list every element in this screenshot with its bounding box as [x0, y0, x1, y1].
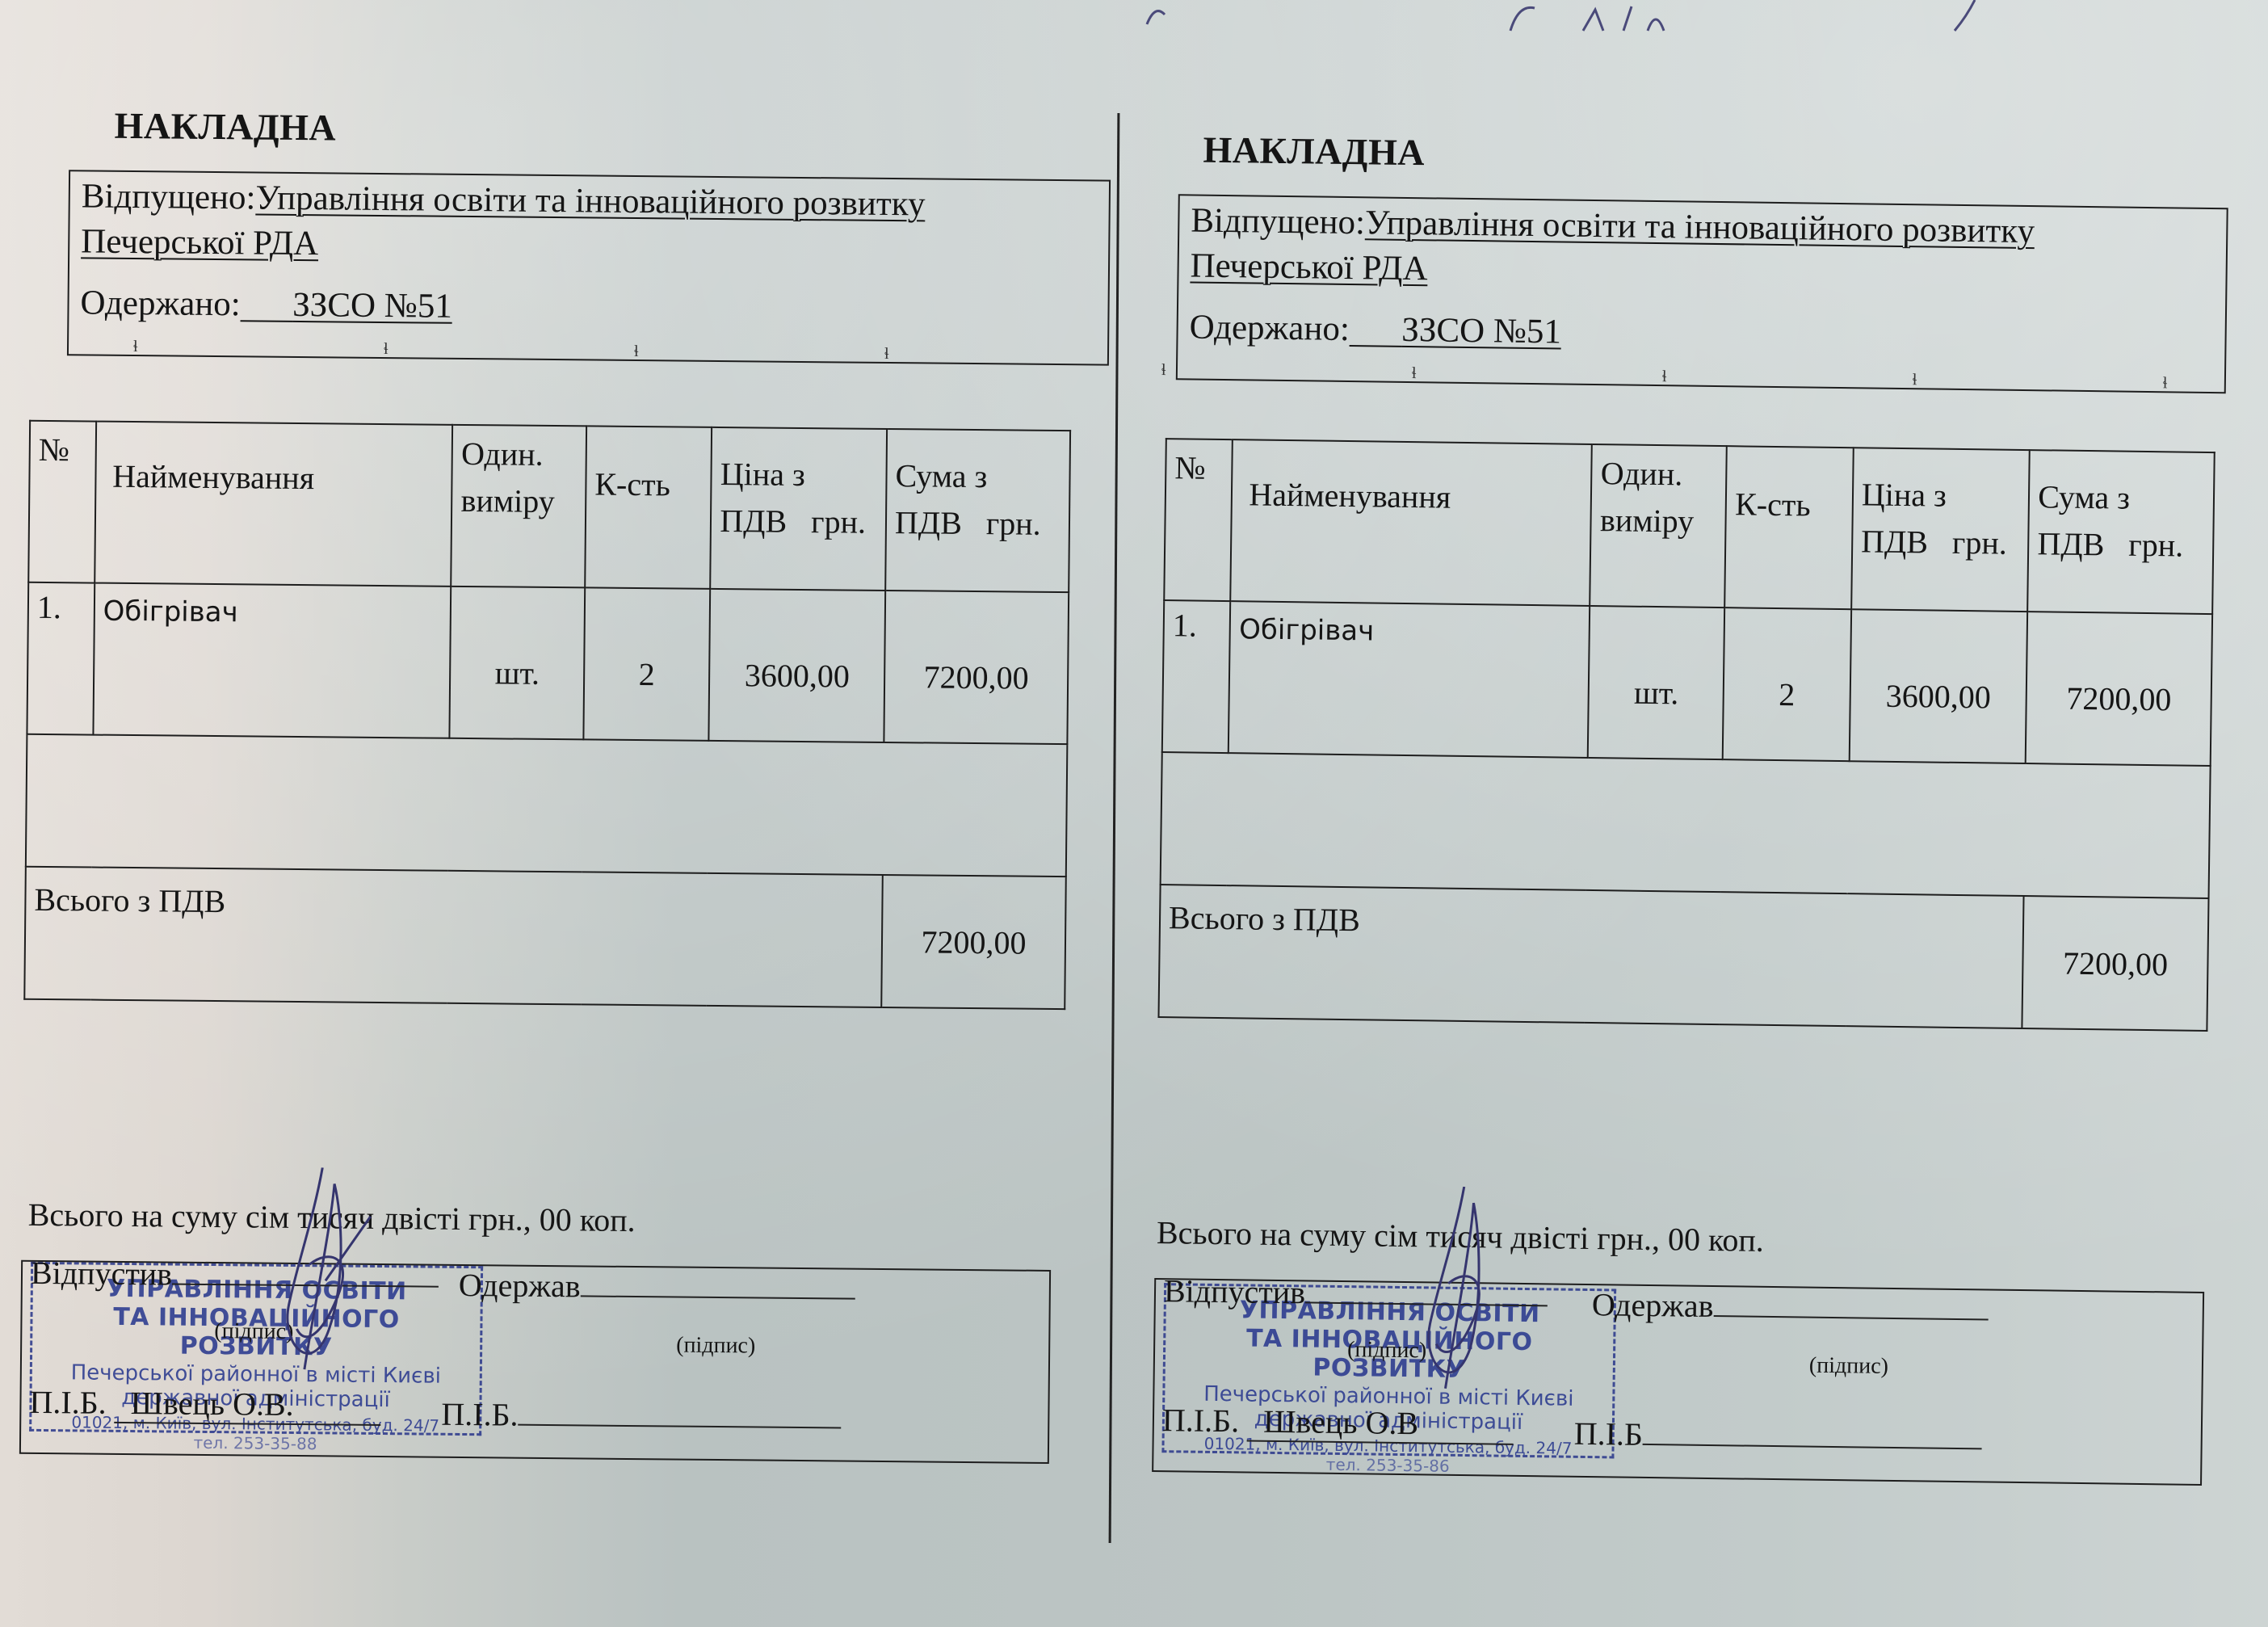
released-by-line: Відпущено:Управління освіти та інновацій…: [1191, 200, 2035, 251]
perforation-ticks: ɬɬɬɬ: [69, 341, 1107, 367]
released-label: Відпущено:: [82, 177, 256, 217]
signatures-box: УПРАВЛІННЯ ОСВІТИ ТА ІННОВАЦІЙНОГО РОЗВИ…: [19, 1260, 1051, 1464]
table-header-row: № Найменування Один.виміру К-сть Ціна зП…: [1164, 439, 2215, 614]
row-name: Обігрівач: [93, 583, 451, 738]
copy-divider-line: [1109, 113, 1120, 1543]
released-by-value-cont: Печерської РДА: [1190, 246, 1428, 288]
released-by-value-cont: Печерської РДА: [81, 222, 318, 263]
received-label: Одержано:: [1189, 308, 1350, 348]
received-by-value: ЗЗСО №51: [1350, 310, 1562, 351]
row-price: 3600,00: [709, 589, 885, 742]
row-sum: 7200,00: [884, 591, 1069, 744]
received-by-value: ЗЗСО №51: [241, 285, 453, 326]
total-label: Всього з ПДВ: [1158, 885, 2023, 1028]
col-header-price: Ціна зПДВ грн.: [711, 427, 888, 591]
table-row: 1. Обігрівач шт. 2 3600,00 7200,00: [1162, 600, 2212, 766]
parties-box: Відпущено:Управління освіти та інновацій…: [1176, 194, 2228, 393]
released-label: Відпущено:: [1191, 201, 1365, 242]
signature-caption-received: (підпис): [676, 1333, 755, 1360]
handwritten-signature: [1396, 1186, 1513, 1446]
row-name: Обігрівач: [1228, 601, 1590, 758]
released-by-value: Управління освіти та інноваційного розви…: [1365, 204, 2035, 250]
handwriting-fragment: [1131, 0, 2268, 32]
invoice-copy-right: НАКЛАДНА Відпущено:Управління освіти та …: [1144, 121, 2229, 1573]
row-no: 1.: [1162, 600, 1231, 753]
released-by-value: Управління освіти та інноваційного розви…: [255, 179, 925, 223]
row-sum: 7200,00: [2026, 612, 2212, 766]
col-header-qty: К-сть: [1724, 446, 1853, 609]
total-row: Всього з ПДВ 7200,00: [1158, 885, 2208, 1031]
col-header-no: №: [1164, 439, 1233, 601]
released-by-line-2: Печерської РДА: [1190, 246, 1428, 288]
items-table: № Найменування Один.виміру К-сть Ціна зП…: [1157, 438, 2215, 1032]
total-value: 7200,00: [2022, 896, 2209, 1031]
blank-row: [1161, 752, 2211, 898]
received-by-signature-line: Одержав: [459, 1266, 855, 1308]
col-header-no: №: [28, 421, 96, 583]
row-unit: шт.: [1588, 606, 1724, 759]
invoice-copy-left: НАКЛАДНА Відпущено:Управління освіти та …: [35, 97, 1098, 1545]
invoice-title: НАКЛАДНА: [114, 104, 336, 149]
row-unit: шт.: [450, 586, 585, 740]
signatures-box: УПРАВЛІННЯ ОСВІТИ ТА ІННОВАЦІЙНОГО РОЗВИ…: [1152, 1278, 2204, 1486]
row-qty: 2: [583, 587, 710, 740]
items-table: № Найменування Один.виміру К-сть Ціна зП…: [23, 420, 1071, 1010]
blank-row: [26, 734, 1068, 877]
received-by-signature-line: Одержав: [1592, 1285, 1989, 1328]
invoice-title: НАКЛАДНА: [1203, 128, 1425, 174]
row-qty: 2: [1723, 607, 1851, 761]
col-header-sum: Сума зПДВ грн.: [885, 429, 1070, 592]
received-by-line: Одержано: ЗЗСО №51: [1189, 307, 1561, 351]
col-header-name: Найменування: [1231, 439, 1593, 606]
perforation-ticks: ɬɬɬɬɬ: [1178, 365, 2224, 395]
col-header-unit: Один.виміру: [451, 425, 587, 588]
col-header-price: Ціна зПДВ грн.: [1851, 448, 2030, 612]
received-by-name-line: П.І.Б: [1573, 1415, 1982, 1458]
row-no: 1.: [27, 582, 94, 735]
total-value: 7200,00: [881, 875, 1066, 1009]
handwritten-signature: [263, 1167, 379, 1427]
released-by-line-2: Печерської РДА: [81, 221, 318, 263]
parties-box: Відпущено:Управління освіти та інновацій…: [67, 170, 1111, 365]
received-by-name-line: П.І.Б.: [441, 1395, 842, 1437]
col-header-qty: К-сть: [585, 426, 712, 588]
row-price: 3600,00: [1850, 609, 2028, 763]
col-header-name: Найменування: [94, 422, 452, 586]
col-header-sum: Сума зПДВ грн.: [2027, 450, 2214, 614]
col-header-unit: Один.виміру: [1590, 444, 1727, 607]
released-by-name: Швець О.В: [1263, 1403, 1419, 1442]
received-label: Одержано:: [80, 284, 241, 323]
total-label: Всього з ПДВ: [24, 867, 883, 1007]
signature-caption-received: (підпис): [1809, 1353, 1888, 1380]
total-row: Всього з ПДВ 7200,00: [24, 867, 1066, 1009]
table-row: 1. Обігрівач шт. 2 3600,00 7200,00: [27, 582, 1069, 744]
received-by-line: Одержано: ЗЗСО №51: [80, 283, 452, 326]
table-header-row: № Найменування Один.виміру К-сть Ціна зП…: [28, 421, 1070, 592]
released-by-line: Відпущено:Управління освіти та інновацій…: [82, 176, 926, 224]
